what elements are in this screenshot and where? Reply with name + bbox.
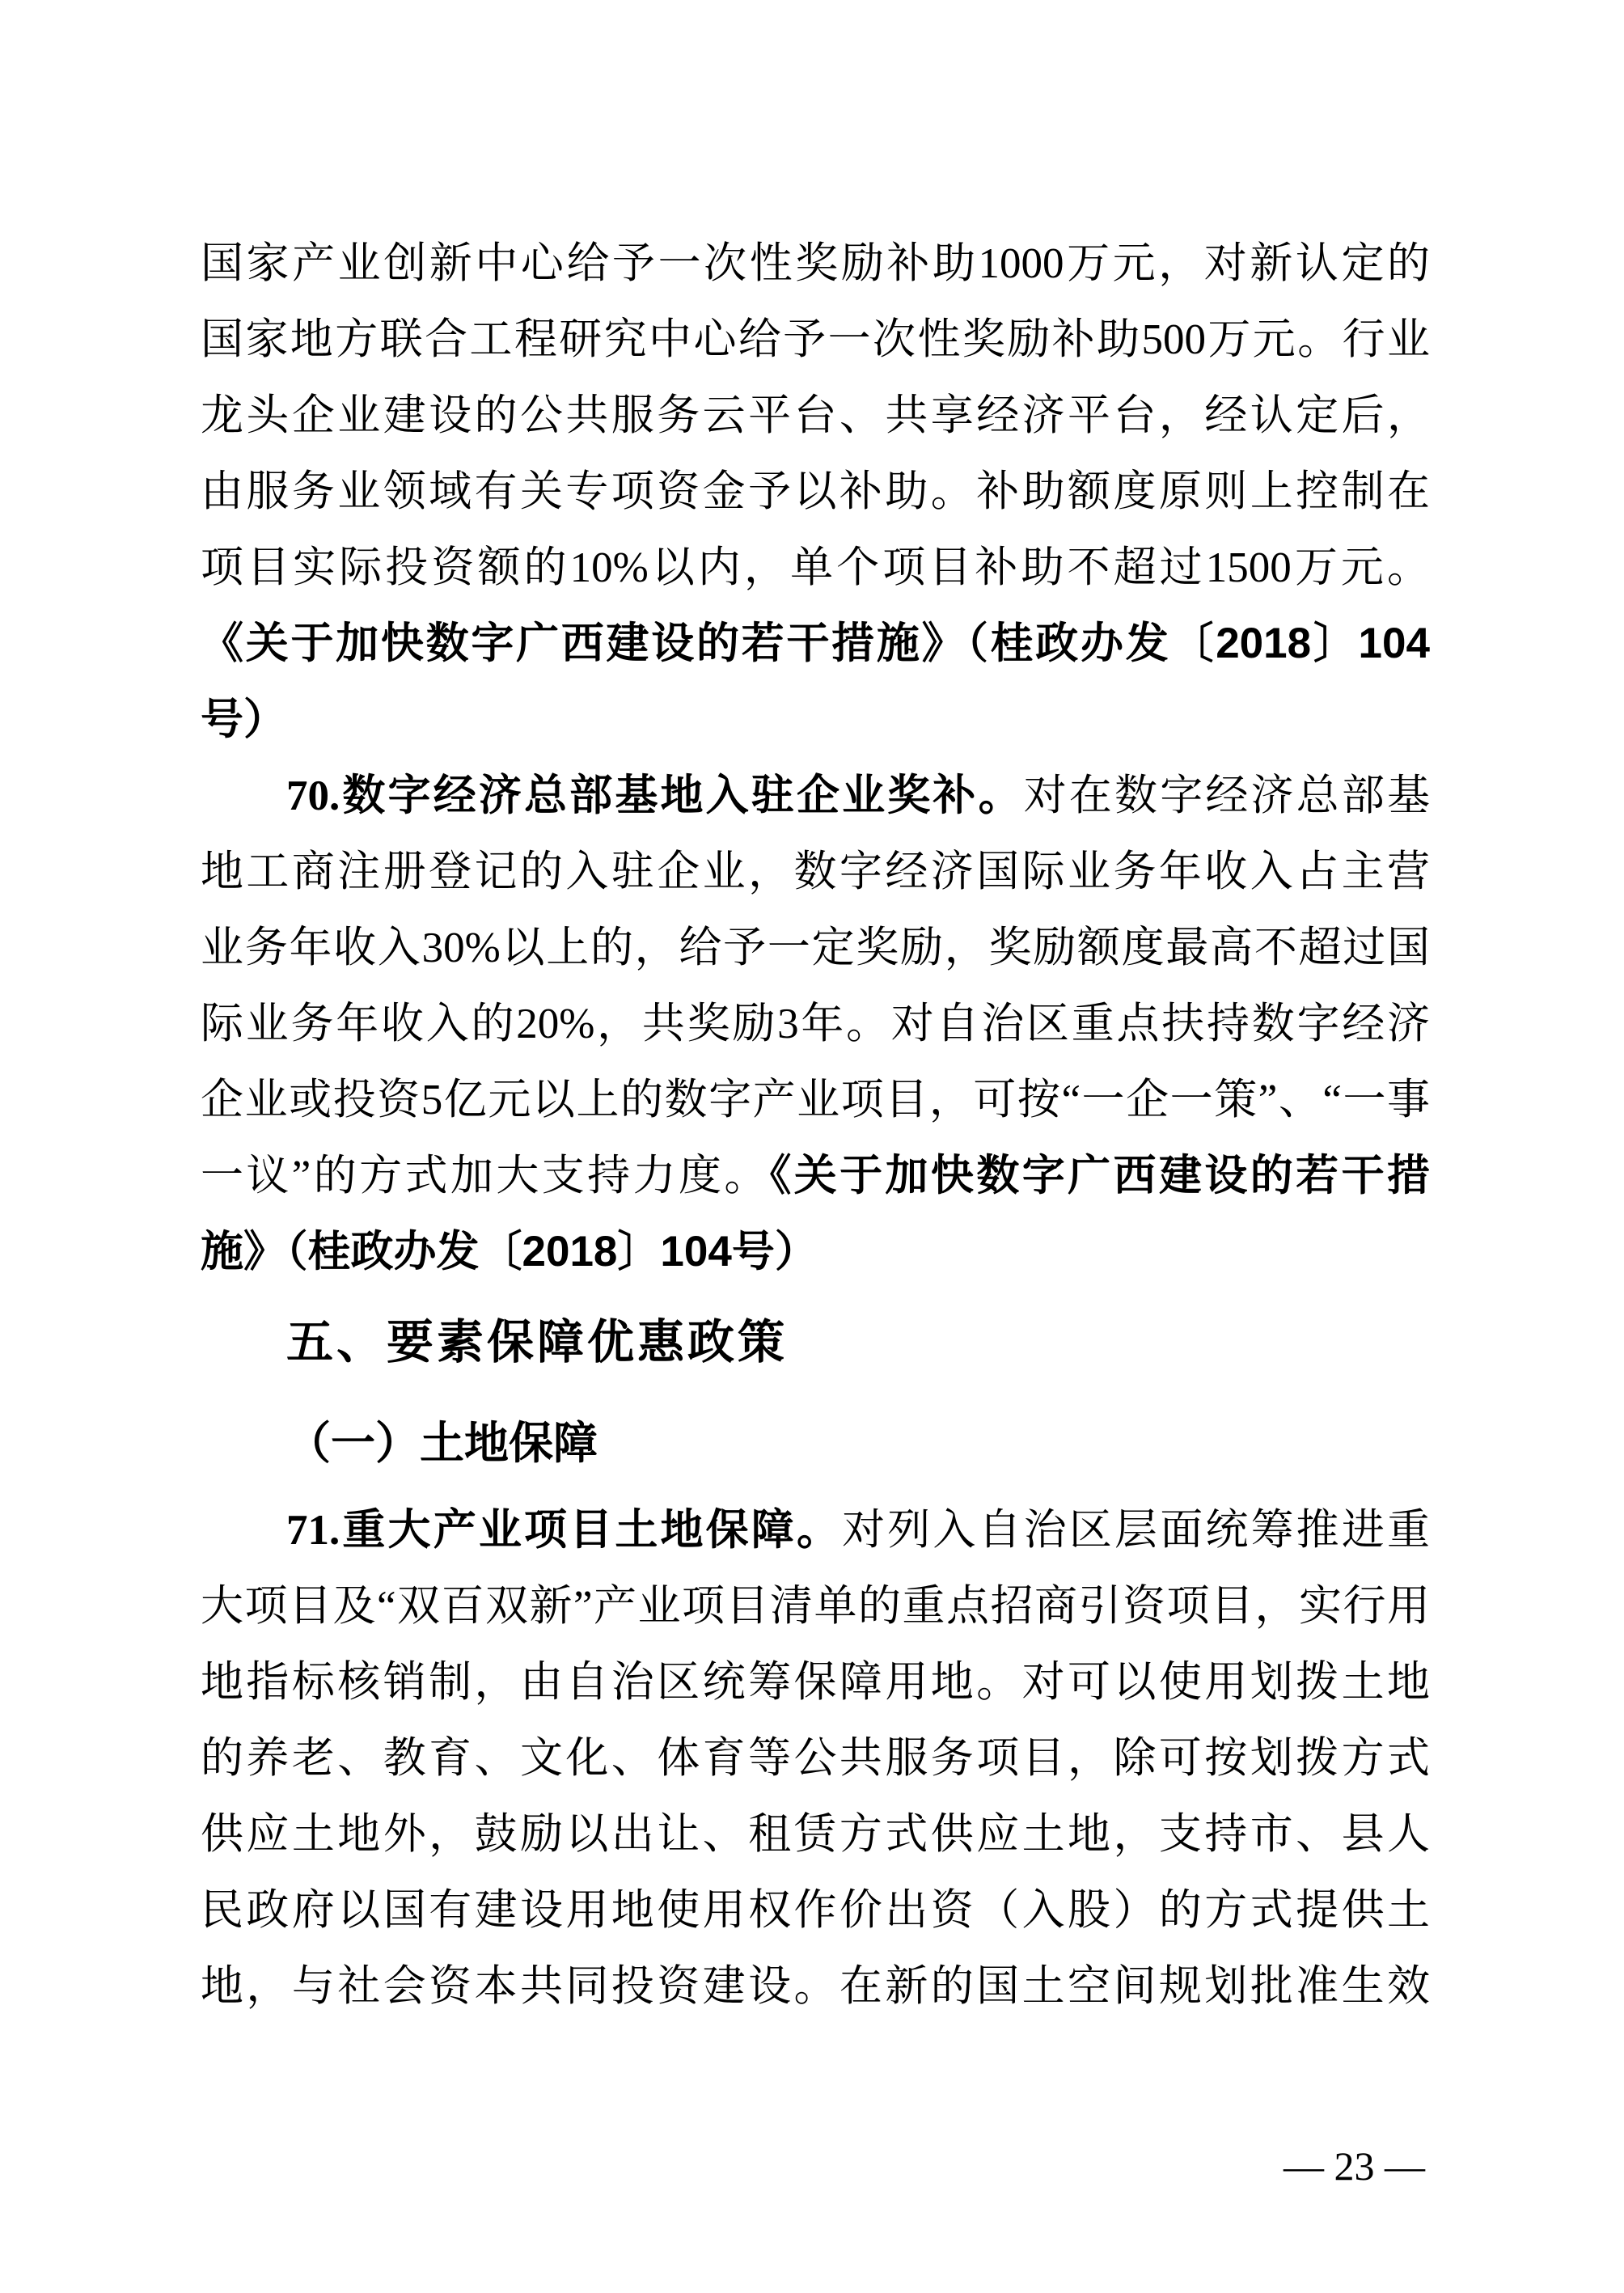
text-segment: 企业或投资5亿元以上的数字产业项目，可按“一企一策”、“一事: [201, 1077, 1430, 1123]
text-line: 际业务年收入的20%，共奖励3年。对自治区重点扶持数字经济: [201, 986, 1430, 1062]
text-segment: 施》（桂政办发〔2018〕104号）: [201, 1228, 818, 1276]
text-line: 龙头企业建设的公共服务云平台、共享经济平台，经认定后，: [201, 378, 1430, 454]
text-line: 国家地方联合工程研究中心给予一次性奖励补助500万元。行业: [201, 302, 1430, 378]
text-line: 业务年收入30%以上的，给予一定奖励，奖励额度最高不超过国: [201, 910, 1430, 986]
text-line: 号）: [201, 682, 1430, 758]
text-segment: 龙头企业建设的公共服务云平台、共享经济平台，经认定后，: [201, 392, 1430, 439]
text-line: 大项目及“双百双新”产业项目清单的重点招商引资项目，实行用: [201, 1568, 1430, 1644]
text-line: 国家产业创新中心给予一次性奖励补助1000万元，对新认定的: [201, 226, 1430, 302]
text-line: 地工商注册登记的入驻企业，数字经济国际业务年收入占主营: [201, 834, 1430, 910]
text-segment: 对列入自治区层面统筹推进重: [842, 1507, 1430, 1554]
text-segment: 大项目及“双百双新”产业项目清单的重点招商引资项目，实行用: [201, 1583, 1430, 1630]
text-segment: 71.重大产业项目土地保障。: [286, 1507, 842, 1554]
text-segment: 项目实际投资额的10%以内，单个项目补助不超过1500万元。: [201, 544, 1430, 591]
document-page: 国家产业创新中心给予一次性奖励补助1000万元，对新认定的国家地方联合工程研究中…: [0, 0, 1624, 2293]
text-line: 地，与社会资本共同投资建设。在新的国土空间规划批准生效: [201, 1948, 1430, 2024]
text-line: 地指标核销制，由自治区统筹保障用地。对可以使用划拨土地: [201, 1644, 1430, 1720]
text-segment: 《关于加快数字广西建设的若干措: [770, 1152, 1430, 1199]
text-line: 70.数字经济总部基地入驻企业奖补。对在数字经济总部基: [201, 758, 1430, 834]
text-segment: 供应土地外，鼓励以出让、租赁方式供应土地，支持市、县人: [201, 1811, 1430, 1858]
text-segment: 由服务业领域有关专项资金予以补助。补助额度原则上控制在: [201, 468, 1430, 515]
text-line: 《关于加快数字广西建设的若干措施》（桂政办发〔2018〕104: [201, 606, 1430, 682]
text-segment: 民政府以国有建设用地使用权作价出资（入股）的方式提供土: [201, 1887, 1430, 1934]
text-segment: 对在数字经济总部基: [1024, 772, 1430, 819]
text-segment: 70.数字经济总部基地入驻企业奖补。: [286, 772, 1024, 819]
document-body: 国家产业创新中心给予一次性奖励补助1000万元，对新认定的国家地方联合工程研究中…: [201, 226, 1430, 2024]
sub-heading: （一）土地保障: [201, 1395, 1430, 1492]
text-line: 一议”的方式加大支持力度。《关于加快数字广西建设的若干措: [201, 1138, 1430, 1214]
text-segment: 《关于加快数字广西建设的若干措施》（桂政办发〔2018〕104: [201, 620, 1430, 667]
text-line: 施》（桂政办发〔2018〕104号）: [201, 1214, 1430, 1290]
text-segment: 一议”的方式加大支持力度。: [201, 1153, 770, 1199]
text-line: 由服务业领域有关专项资金予以补助。补助额度原则上控制在: [201, 454, 1430, 530]
text-segment: （一）土地保障: [286, 1419, 598, 1468]
page-number: — 23 —: [1284, 2142, 1425, 2190]
text-segment: 国家地方联合工程研究中心给予一次性奖励补助500万元。行业: [201, 316, 1430, 363]
text-segment: 地工商注册登记的入驻企业，数字经济国际业务年收入占主营: [201, 848, 1430, 895]
text-segment: 的养老、教育、文化、体育等公共服务项目，除可按划拨方式: [201, 1735, 1430, 1782]
text-line: 供应土地外，鼓励以出让、租赁方式供应土地，支持市、县人: [201, 1796, 1430, 1872]
text-segment: 地指标核销制，由自治区统筹保障用地。对可以使用划拨土地: [201, 1659, 1430, 1706]
text-line: 的养老、教育、文化、体育等公共服务项目，除可按划拨方式: [201, 1720, 1430, 1796]
section-heading: 五、要素保障优惠政策: [201, 1290, 1430, 1395]
text-segment: 国家产业创新中心给予一次性奖励补助1000万元，对新认定的: [201, 240, 1430, 287]
text-segment: 五、要素保障优惠政策: [286, 1316, 788, 1369]
text-segment: 号）: [201, 696, 286, 743]
text-line: 项目实际投资额的10%以内，单个项目补助不超过1500万元。: [201, 530, 1430, 606]
text-line: 民政府以国有建设用地使用权作价出资（入股）的方式提供土: [201, 1872, 1430, 1948]
text-segment: 际业务年收入的20%，共奖励3年。对自治区重点扶持数字经济: [201, 1001, 1430, 1047]
text-segment: 业务年收入30%以上的，给予一定奖励，奖励额度最高不超过国: [201, 924, 1430, 971]
text-line: 71.重大产业项目土地保障。对列入自治区层面统筹推进重: [201, 1492, 1430, 1568]
text-segment: 地，与社会资本共同投资建设。在新的国土空间规划批准生效: [201, 1963, 1430, 2010]
text-line: 企业或投资5亿元以上的数字产业项目，可按“一企一策”、“一事: [201, 1062, 1430, 1138]
